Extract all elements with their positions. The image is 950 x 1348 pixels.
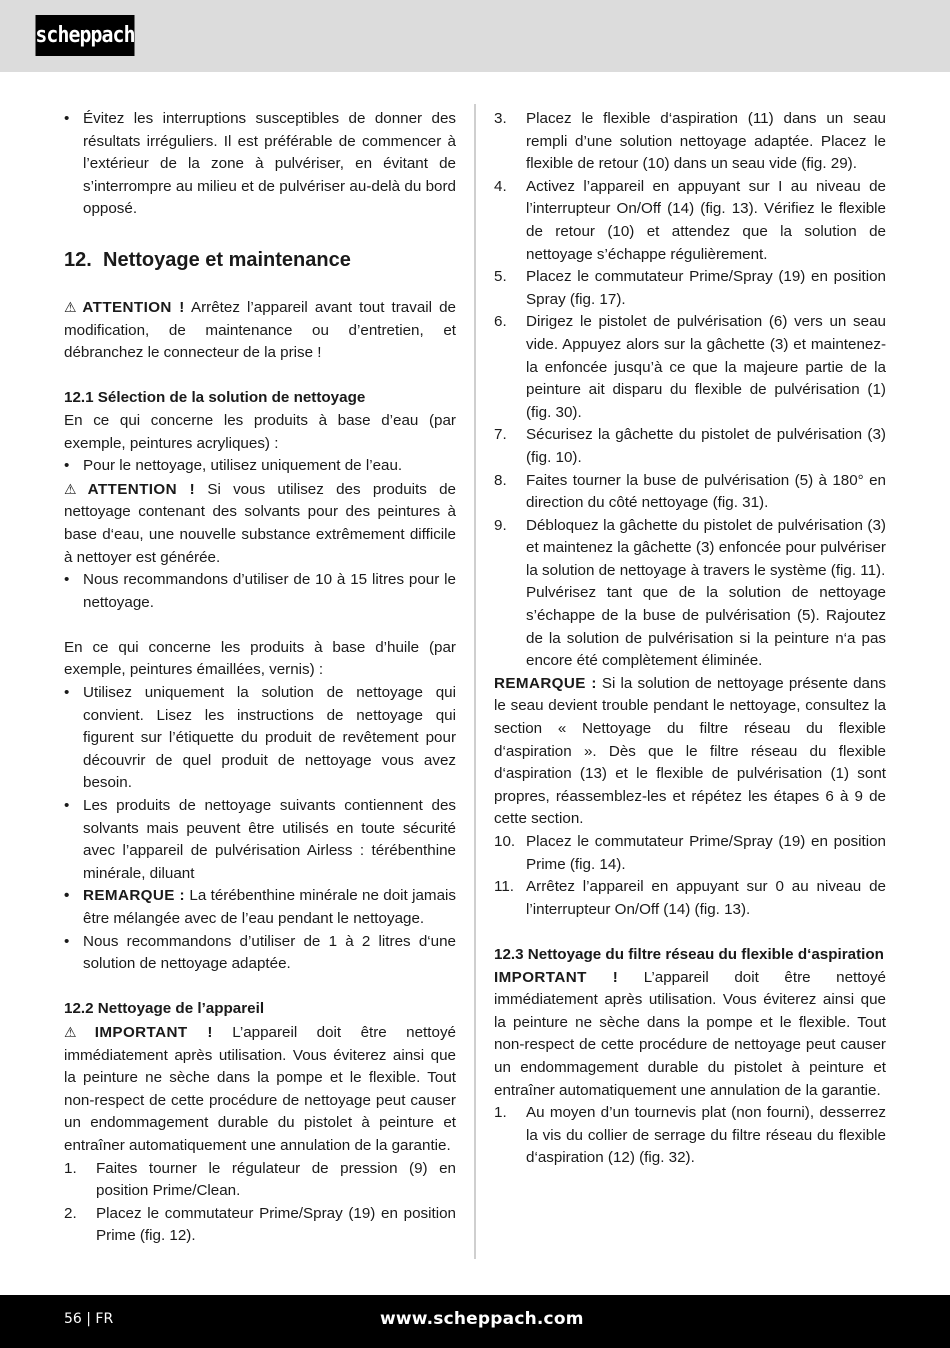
page-header: scheppach: [0, 0, 950, 72]
attention-notice: ⚠ATTENTION ! Si vous utilisez des produi…: [64, 478, 456, 569]
list-item: •Pour le nettoyage, utilisez uniquement …: [64, 455, 456, 478]
important-notice: ⚠IMPORTANT ! L’appareil doit être nettoy…: [64, 1021, 456, 1158]
right-column: 3.Placez le flexible d‘aspiration (11) d…: [494, 108, 886, 1170]
step-item: 3.Placez le flexible d‘aspiration (11) d…: [494, 108, 886, 176]
remarque-notice: REMARQUE : Si la solution de nettoyage p…: [494, 673, 886, 831]
list-item: •Nous recommandons d’utiliser de 1 à 2 l…: [64, 931, 456, 976]
page-footer: 56 | FR www.scheppach.com: [0, 1295, 950, 1348]
step-item: 5.Placez le commutateur Prime/Spray (19)…: [494, 266, 886, 311]
attention-notice: ⚠ATTENTION ! Arrêtez l’appareil avant to…: [64, 296, 456, 365]
step-item: 11.Arrêtez l’appareil en appuyant sur 0 …: [494, 876, 886, 921]
warning-triangle-icon: ⚠: [64, 1024, 92, 1040]
step-item: 7.Sécurisez la gâchette du pistolet de p…: [494, 424, 886, 469]
scheppach-logo: scheppach: [36, 15, 135, 56]
bullet-icon: •: [64, 682, 69, 705]
list-item: •Nous recommandons d’utiliser de 10 à 15…: [64, 569, 456, 614]
bullet-icon: •: [64, 795, 69, 818]
bullet-icon: •: [64, 931, 69, 954]
list-item: •Évitez les interruptions susceptibles d…: [64, 108, 456, 221]
list-item: •Les produits de nettoyage suivants cont…: [64, 795, 456, 885]
warning-triangle-icon: ⚠: [64, 481, 85, 497]
section-heading-12: 12.Nettoyage et maintenance: [64, 248, 456, 272]
left-column: •Évitez les interruptions susceptibles d…: [64, 108, 456, 1248]
step-item: 1.Au moyen d’un tournevis plat (non four…: [494, 1102, 886, 1170]
subsection-heading-12-2: 12.2 Nettoyage de l’appareil: [64, 998, 456, 1021]
step-item: 8.Faites tourner la buse de pulvérisatio…: [494, 470, 886, 515]
paragraph: En ce qui concerne les produits à base d…: [64, 637, 456, 682]
website-link[interactable]: www.scheppach.com: [380, 1309, 584, 1329]
step-item: 10.Placez le commutateur Prime/Spray (19…: [494, 831, 886, 876]
column-divider: [474, 104, 476, 1259]
step-item: 2.Placez le commutateur Prime/Spray (19)…: [64, 1203, 456, 1248]
subsection-heading-12-1: 12.1 Sélection de la solution de nettoya…: [64, 387, 456, 410]
subsection-heading-12-3: 12.3 Nettoyage du filtre réseau du flexi…: [494, 944, 886, 967]
paragraph: En ce qui concerne les produits à base d…: [64, 410, 456, 455]
list-item-remarque: •REMARQUE : La térébenthine minérale ne …: [64, 885, 456, 930]
step-item: 6.Dirigez le pistolet de pulvérisation (…: [494, 311, 886, 424]
bullet-icon: •: [64, 108, 69, 131]
important-notice: IMPORTANT ! L’appareil doit être nettoyé…: [494, 967, 886, 1103]
warning-triangle-icon: ⚠: [64, 299, 79, 315]
bullet-icon: •: [64, 455, 69, 478]
step-item: 9.Débloquez la gâchette du pistolet de p…: [494, 515, 886, 583]
step-item: 1.Faites tourner le régulateur de pressi…: [64, 1158, 456, 1203]
step-item-continuation: Pulvérisez tant que de la solution de ne…: [494, 582, 886, 672]
page-number: 56 | FR: [64, 1311, 113, 1327]
step-item: 4.Activez l’appareil en appuyant sur I a…: [494, 176, 886, 266]
bullet-icon: •: [64, 885, 69, 908]
list-item: •Utilisez uniquement la solution de nett…: [64, 682, 456, 795]
bullet-icon: •: [64, 569, 69, 592]
